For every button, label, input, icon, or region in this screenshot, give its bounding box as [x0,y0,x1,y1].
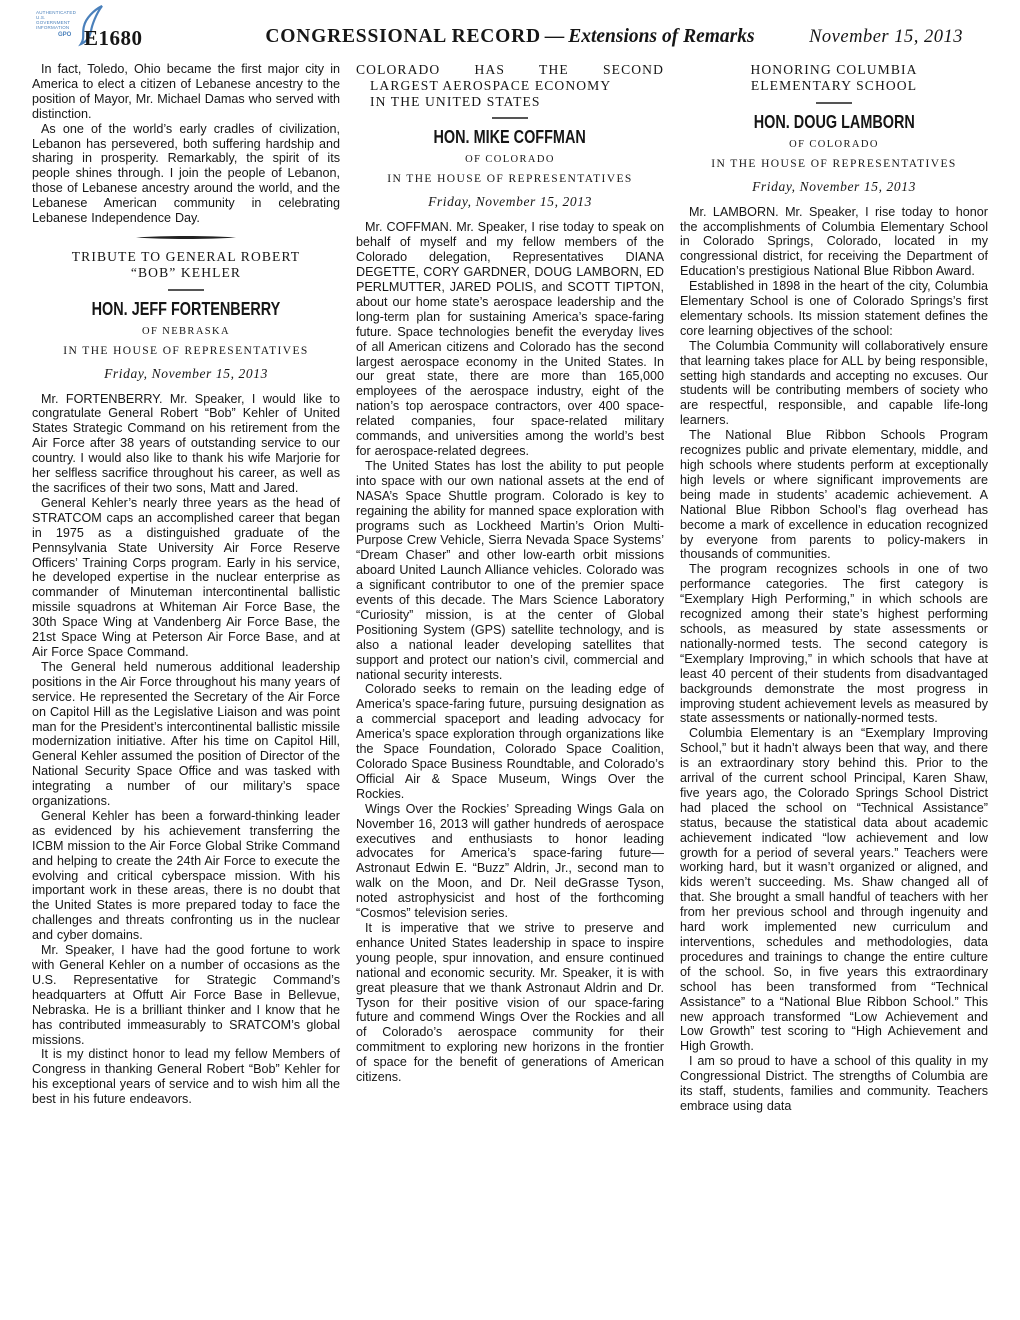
congressional-record-page: AUTHENTICATED U.S. GOVERNMENT INFORMATIO… [0,0,1020,1320]
paragraph: Mr. LAMBORN. Mr. Speaker, I rise today t… [680,205,988,280]
article-title-line: “BOB” KEHLER [32,265,340,281]
page-number: E1680 [84,26,143,51]
member-name-wrap: HON. MIKE COFFMAN [356,126,664,148]
article-title-line: ELEMENTARY SCHOOL [680,78,988,94]
article-title: HONORING COLUMBIA ELEMENTARY SCHOOL [680,62,988,94]
member-state: OF COLORADO [680,139,988,150]
paragraph: The General held numerous additional lea… [32,660,340,809]
chamber-line: IN THE HOUSE OF REPRESENTATIVES [680,158,988,170]
article-date: Friday, November 15, 2013 [356,194,664,210]
column-1: In fact, Toledo, Ohio became the first m… [32,62,340,1114]
member-name: HON. JEFF FORTENBERRY [92,298,281,320]
paragraph: It is imperative that we strive to prese… [356,921,664,1085]
article-title-line: TRIBUTE TO GENERAL ROBERT [32,249,340,265]
article-date: Friday, November 15, 2013 [32,366,340,382]
publication-title-section: — Extensions of Remarks [541,26,755,47]
chamber-line: IN THE HOUSE OF REPRESENTATIVES [356,173,664,185]
paragraph: Mr. COFFMAN. Mr. Speaker, I rise today t… [356,220,664,459]
masthead: E1680 CONGRESSIONAL RECORD — Extensions … [0,24,1020,58]
paragraph: As one of the world’s early cradles of c… [32,122,340,226]
article-title: COLORADO HAS THE SECOND LARGEST AEROSPAC… [356,62,664,109]
issue-date: November 15, 2013 [809,27,963,48]
paragraph: In fact, Toledo, Ohio became the first m… [32,62,340,122]
member-state: OF COLORADO [356,154,664,165]
member-name-wrap: HON. DOUG LAMBORN [680,111,988,133]
paragraph: Mr. FORTENBERRY. Mr. Speaker, I would li… [32,392,340,496]
paragraph: The United States has lost the ability t… [356,459,664,683]
title-rule [168,289,204,291]
chamber-line: IN THE HOUSE OF REPRESENTATIVES [32,345,340,357]
paragraph: General Kehler has been a forward-thinki… [32,809,340,943]
paragraph: Colorado seeks to remain on the leading … [356,682,664,801]
publication-title-main: CONGRESSIONAL RECORD [265,26,541,47]
paragraph: Established in 1898 in the heart of the … [680,279,988,339]
article-date: Friday, November 15, 2013 [680,179,988,195]
paragraph: Wings Over the Rockies’ Spreading Wings … [356,802,664,921]
article-title-line: HONORING COLUMBIA [680,62,988,78]
article-title-line: COLORADO HAS THE SECOND [356,62,664,78]
article-title-line: LARGEST AEROSPACE ECONOMY [356,78,664,94]
paragraph: The program recognizes schools in one of… [680,562,988,726]
article-title: TRIBUTE TO GENERAL ROBERT “BOB” KEHLER [32,249,340,281]
member-name-wrap: HON. JEFF FORTENBERRY [32,298,340,320]
column-2: COLORADO HAS THE SECOND LARGEST AEROSPAC… [356,62,664,1114]
paragraph: General Kehler’s nearly three years as t… [32,496,340,660]
paragraph: Columbia Elementary is an “Exemplary Imp… [680,726,988,1054]
section-divider-icon [136,235,236,240]
member-name: HON. MIKE COFFMAN [434,126,586,148]
paragraph: The National Blue Ribbon Schools Program… [680,428,988,562]
column-3: HONORING COLUMBIA ELEMENTARY SCHOOL HON.… [680,62,988,1114]
title-rule [816,102,852,104]
paragraph: It is my distinct honor to lead my fello… [32,1047,340,1107]
text-columns: In fact, Toledo, Ohio became the first m… [32,62,988,1114]
member-name: HON. DOUG LAMBORN [753,111,914,133]
title-rule [492,117,528,119]
paragraph: I am so proud to have a school of this q… [680,1054,988,1114]
paragraph: The Columbia Community will collaborativ… [680,339,988,428]
publication-title: CONGRESSIONAL RECORD — Extensions of Rem… [265,26,754,48]
article-title-line: IN THE UNITED STATES [356,94,664,110]
member-state: OF NEBRASKA [32,326,340,337]
paragraph: Mr. Speaker, I have had the good fortune… [32,943,340,1047]
